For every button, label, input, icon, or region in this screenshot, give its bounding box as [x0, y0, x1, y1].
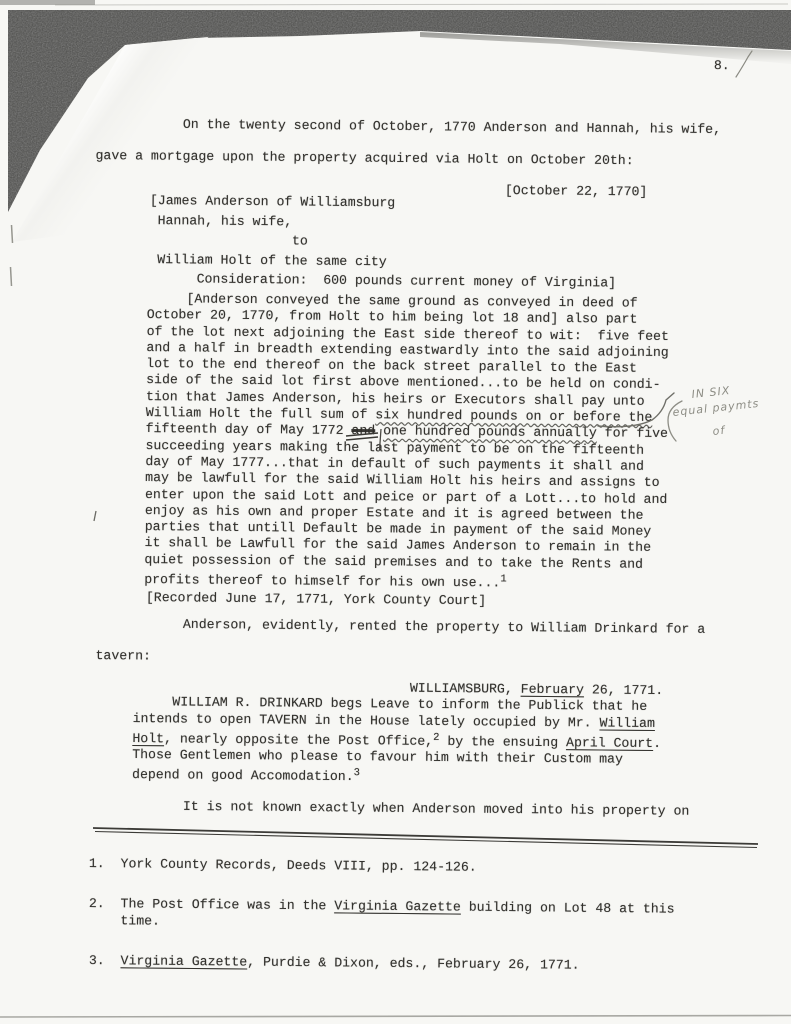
- footnote-separator: [93, 828, 758, 844]
- check-mark: [736, 51, 752, 77]
- recorded-note: [Recorded June 17, 1771, York County Cou…: [146, 590, 486, 608]
- footnote-2: 2. The Post Office was in the Virginia G…: [89, 895, 675, 935]
- page-bottom-edge: [0, 1016, 791, 1018]
- footnote-separator-2: [95, 832, 757, 848]
- margin-note-line1: IN SIX: [691, 384, 731, 401]
- closing-paragraph: It is not known exactly when Anderson mo…: [96, 790, 690, 828]
- footnote-1: 1. York County Records, Deeds VIII, pp. …: [89, 855, 477, 876]
- left-edge-marks: [11, 225, 13, 286]
- scan-top-left-strip: [0, 0, 95, 5]
- gazette-quote: WILLIAMSBURG, February 26, 1771. WILLIAM…: [132, 678, 663, 789]
- document-page: 8. On the twenty second of October, 1770…: [0, 0, 791, 1024]
- deed-parties: [James Anderson of Williamsburg Hannah, …: [149, 191, 617, 293]
- deed-quote: [Anderson conveyed the same ground as co…: [144, 291, 669, 593]
- intro-paragraph: On the twenty second of October, 1770 An…: [95, 108, 721, 178]
- margin-note-line3: of: [712, 424, 726, 438]
- stray-apostrophe-mark: [94, 511, 96, 521]
- tavern-paragraph: Anderson, evidently, rented the property…: [95, 608, 705, 678]
- page-number: 8.: [714, 58, 730, 73]
- margin-note-line2: equal paymts: [672, 397, 760, 419]
- page-top-edge-shadow: [420, 32, 791, 64]
- scan-top-line: [55, 4, 788, 5]
- footnote-3: 3. Virginia Gazette, Purdie & Dixon, eds…: [89, 952, 580, 974]
